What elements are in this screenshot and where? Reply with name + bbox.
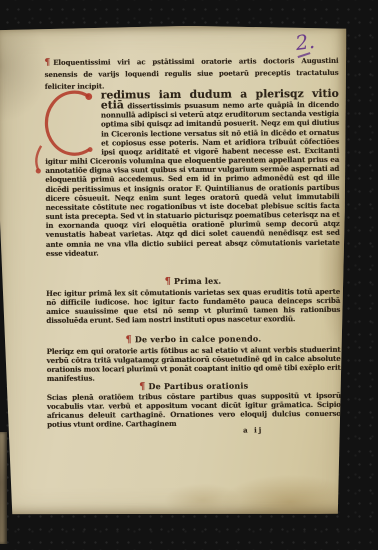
folio-number: 2. <box>294 29 330 53</box>
manuscript-page: 2. ¶Eloquentissimi viri ac pstātissimi o… <box>0 25 350 516</box>
pilcrow-icon: ¶ <box>139 381 145 392</box>
section-heading-text: De Partibus orationis <box>148 380 248 391</box>
main-paragraph: redimus iam dudum a plerisqz vitio etiā … <box>45 89 340 258</box>
photograph-background: 2. ¶Eloquentissimi viri ac pstātissimi o… <box>0 0 378 550</box>
incipit-text: Eloquentissimi viri ac pstātissimi orato… <box>45 56 339 91</box>
signature-mark: a ij <box>243 425 263 434</box>
heading-prima-lex: ¶Prima lex. <box>46 275 340 288</box>
pilcrow-icon: ¶ <box>165 276 171 287</box>
section-heading-text: Prima lex. <box>174 276 221 286</box>
section-paragraph: Hec igitur primā lex sit cōmutationis va… <box>46 287 340 325</box>
pilcrow-icon: ¶ <box>126 334 132 345</box>
pilcrow-icon: ¶ <box>45 58 51 68</box>
book-board-edge <box>0 432 7 544</box>
initial-spacer <box>45 91 101 153</box>
heading-de-verbo: ¶De verbo in calce ponendo. <box>46 333 340 346</box>
section-heading-text: De verbo in calce ponendo. <box>135 333 261 344</box>
section-paragraph: Pleriqz em qui oratorie artis fōtibus ac… <box>47 345 341 383</box>
section-paragraph: Scias plenā oratiōem tribus cōstare part… <box>47 391 341 429</box>
